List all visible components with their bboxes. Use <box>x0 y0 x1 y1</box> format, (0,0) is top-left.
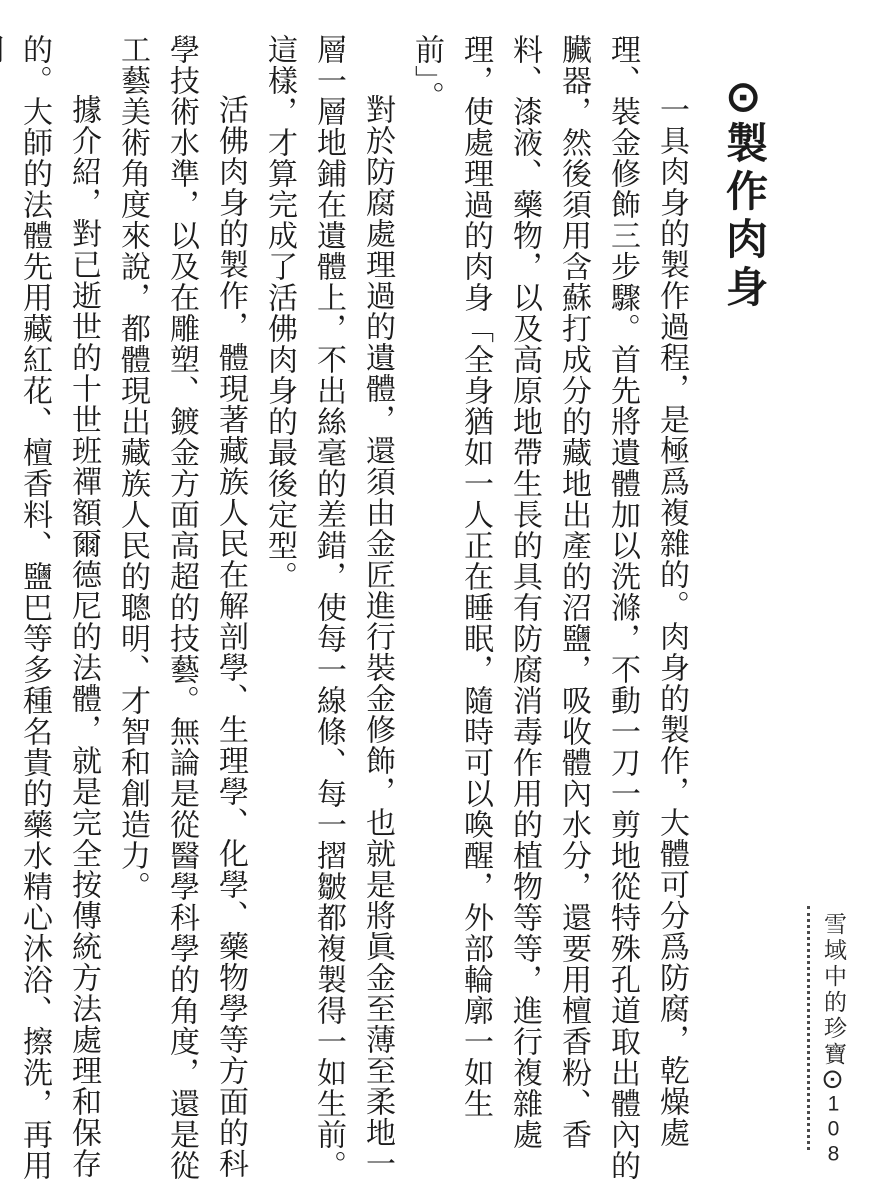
book-title: 雪域中的珍寶 <box>821 912 846 1068</box>
paragraph: 對於防腐處理過的遺體，還須由金匠進行裝金修飾，也就是將眞金至薄至柔地一層一層地鋪… <box>255 34 402 1192</box>
dotted-rule <box>807 906 810 1150</box>
bullseye-icon: ⊙ <box>818 1068 848 1093</box>
paragraph: 活佛肉身的製作，體現著藏族人民在解剖學、生理學、化學、藥物學等方面的科學技術水準… <box>108 34 255 1192</box>
page-content: ⊙製作肉身 一具肉身的製作過程，是極爲複雜的。肉身的製作，大體可分爲防腐，乾燥處… <box>0 0 772 1192</box>
running-title: 雪域中的珍寶⊙108 <box>817 906 850 1150</box>
section-title: ⊙製作肉身 <box>714 34 772 1192</box>
page-margin-folio: 雪域中的珍寶⊙108 <box>807 906 850 1150</box>
paragraph: 一具肉身的製作過程，是極爲複雜的。肉身的製作，大體可分爲防腐，乾燥處理、裝金修飾… <box>402 34 696 1192</box>
book-page: ⊙製作肉身 一具肉身的製作過程，是極爲複雜的。肉身的製作，大體可分爲防腐，乾燥處… <box>0 0 880 1192</box>
paragraph: 據介紹，對已逝世的十世班禪額爾德尼的法體，就是完全按傳統方法處理和保存的。大師的… <box>0 34 108 1192</box>
page-number: 108 <box>822 1093 845 1168</box>
